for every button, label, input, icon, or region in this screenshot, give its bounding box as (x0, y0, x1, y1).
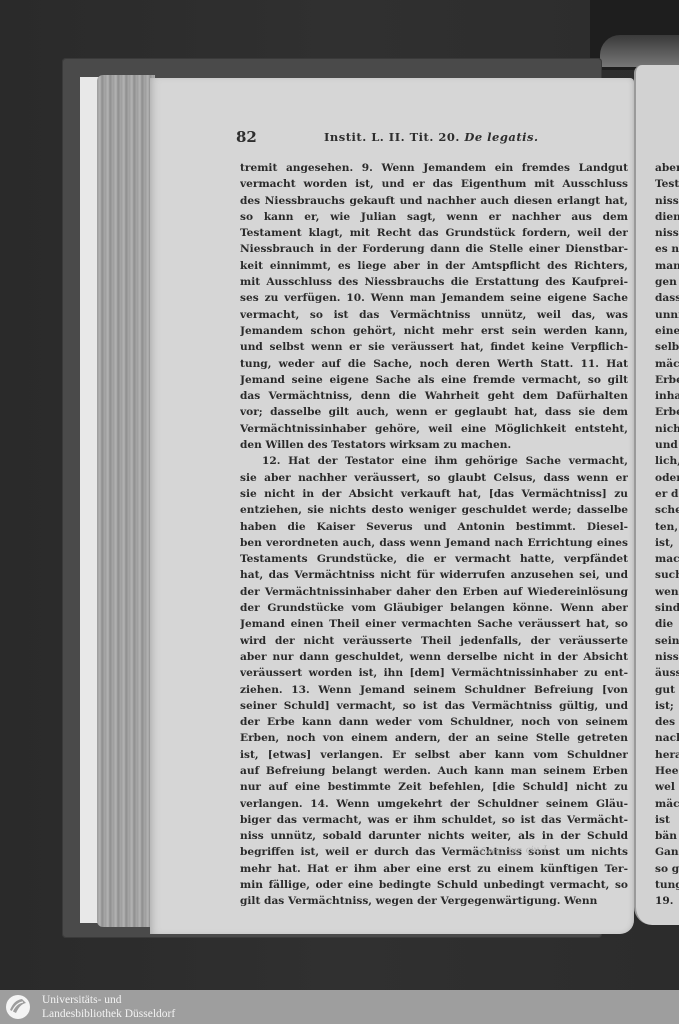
right-page-fragment: sind (655, 600, 679, 616)
right-page-fragment: ten, (655, 519, 679, 535)
text-line: der Vermächtnissinhaber daher den Erben … (240, 584, 628, 600)
right-page-fragment: gut (655, 682, 679, 698)
text-line: ziehen. 13. Wenn Jemand seinem Schuldner… (240, 682, 628, 698)
right-page-fragment: hera (655, 747, 679, 763)
right-page-fragment: so g (655, 861, 679, 877)
text-line: so kann er, wie Julian sagt, wenn er nac… (240, 209, 628, 225)
right-page-fragment: nich (655, 421, 679, 437)
header-title-prefix: Instit. L. II. Tit. 20. (324, 130, 460, 144)
right-page-fragment: gen (655, 274, 679, 290)
library-name: Universitäts- und Landesbibliothek Düsse… (42, 993, 175, 1021)
text-line: ses zu verfügen. 10. Wenn man Jemandem s… (240, 290, 628, 306)
right-page-fragment: äuss (655, 665, 679, 681)
running-head: 82 Instit. L. II. Tit. 20. De legatis. (236, 128, 636, 148)
right-page-fragment: niss (655, 225, 679, 241)
right-page-fragment: man (655, 258, 679, 274)
page-stack-edges (97, 75, 155, 927)
right-page-fragment: oder (655, 470, 679, 486)
text-line: veräussert worden ist, ihn [dem] Vermäch… (240, 665, 628, 681)
right-page-fragment: Testa (655, 176, 679, 192)
text-line: Vermächtnissinhaber gehöre, weil eine Mö… (240, 421, 628, 437)
right-page-fragment: Erbe (655, 372, 679, 388)
right-page-fragment: selbe (655, 339, 679, 355)
text-line: biger das vermacht, was er ihm schuldet,… (240, 812, 628, 828)
text-line: den Willen des Testators wirksam zu mach… (240, 437, 628, 453)
right-page-fragment: und (655, 437, 679, 453)
right-page-curl (600, 35, 679, 67)
text-line: gilt das Vermächtniss, wegen der Vergege… (240, 893, 628, 909)
text-line: min fällige, oder eine bedingte Schuld u… (240, 877, 628, 893)
text-line: Niessbrauch in der Forderung dann die St… (240, 241, 628, 257)
text-line: ist, [etwas] verlangen. Er selbst aber k… (240, 747, 628, 763)
library-logo-icon (4, 994, 32, 1020)
text-line: aber nur dann geschuldet, wenn derselbe … (240, 649, 628, 665)
right-page-fragment: mäc (655, 796, 679, 812)
library-name-line2: Landesbibliothek Düsseldorf (42, 1007, 175, 1021)
library-name-line1: Universitäts- und (42, 993, 175, 1007)
text-line: seiner Schuld] vermacht, so ist das Verm… (240, 698, 628, 714)
text-line: Testament klagt, mit Recht das Grundstüc… (240, 225, 628, 241)
text-line: auf Befreiung belangt werden. Auch kann … (240, 763, 628, 779)
text-line: des Niessbrauchs gekauft und nachher auc… (240, 193, 628, 209)
text-line: vermacht, so ist das Vermächtniss unnütz… (240, 307, 628, 323)
right-page-fragment: lich, (655, 453, 679, 469)
text-line: tung, weder auf die Sache, noch deren We… (240, 356, 628, 372)
text-line: Jemandem schon gehört, nicht mehr erst s… (240, 323, 628, 339)
right-page-fragment: bän (655, 828, 679, 844)
right-page-fragment: ist, (655, 535, 679, 551)
text-line: vermacht worden ist, und er das Eigenthu… (240, 176, 628, 192)
right-page-fragment: tung (655, 877, 679, 893)
right-page-fragment: ist; (655, 698, 679, 714)
text-line: 12. Hat der Testator eine ihm gehörige S… (240, 453, 628, 469)
header-title: Instit. L. II. Tit. 20. De legatis. (324, 130, 538, 144)
right-page-fragment: unni (655, 307, 679, 323)
right-page-fragment: ist (655, 812, 679, 828)
text-line: mit Ausschluss des Niessbrauchs die Erst… (240, 274, 628, 290)
text-line: mehr hat. Hat er ihm aber eine erst zu e… (240, 861, 628, 877)
text-line: tremit angesehen. 9. Wenn Jemandem ein f… (240, 160, 628, 176)
text-line: niss unnütz, sobald darunter nichts weit… (240, 828, 628, 844)
right-page-fragment: sein (655, 633, 679, 649)
text-line: der Erbe kann dann weder vom Schuldner, … (240, 714, 628, 730)
text-line: Jemand seine eigene Sache als eine fremd… (240, 372, 628, 388)
text-line: Testaments Grundstücke, die er vermacht … (240, 551, 628, 567)
right-page-fragment: inha (655, 388, 679, 404)
right-page-fragment: such (655, 567, 679, 583)
text-line: das Vermächtniss, denn die Wahrheit geht… (240, 388, 628, 404)
text-line: verlangen. 14. Wenn umgekehrt der Schuld… (240, 796, 628, 812)
right-page-fragment: eines (655, 323, 679, 339)
library-footer: Universitäts- und Landesbibliothek Düsse… (0, 990, 679, 1024)
text-line: und selbst wenn er sie veräussert hat, f… (240, 339, 628, 355)
text-line: Erben, noch von einem andern, der an sei… (240, 730, 628, 746)
text-line: nur auf eine bestimmte Zeit befehlen, [d… (240, 779, 628, 795)
right-page-fragment: wel (655, 779, 679, 795)
header-title-italic: De legatis. (464, 130, 538, 144)
right-page-fragment: dien (655, 209, 679, 225)
right-page-fragment: nach (655, 730, 679, 746)
right-page-fragment: mäch (655, 356, 679, 372)
right-page-fragment: des (655, 714, 679, 730)
right-page-fragment: die (655, 616, 679, 632)
text-line: begriffen ist, weil er durch das Vermäch… (240, 844, 628, 860)
right-page-fragment: Gan (655, 844, 679, 860)
text-line: Jemand einen Theil einer vermachten Sach… (240, 616, 628, 632)
right-page-fragment: niss (655, 193, 679, 209)
text-line: keit einnimmt, es liege aber in der Amts… (240, 258, 628, 274)
right-page-fragment: niss (655, 649, 679, 665)
right-page-fragment: 19. (655, 893, 679, 909)
right-page-fragment: Erbe (655, 404, 679, 420)
right-page-fragment: wen (655, 584, 679, 600)
text-line: hat, das Vermächtniss nicht für widerruf… (240, 567, 628, 583)
text-line: vor; dasselbe gilt auch, wenn er geglaub… (240, 404, 628, 420)
text-line: entziehen, sie nichts desto weniger gesc… (240, 502, 628, 518)
text-line: der Grundstücke vom Gläubiger belangen k… (240, 600, 628, 616)
text-line: haben die Kaiser Severus und Antonin bes… (240, 519, 628, 535)
text-line: ben verordneten auch, dass wenn Jemand n… (240, 535, 628, 551)
right-page-fragment: mach (655, 551, 679, 567)
right-page-fragment: Hee (655, 763, 679, 779)
page-number: 82 (236, 128, 257, 146)
right-page-fragment: es n (655, 241, 679, 257)
body-text: tremit angesehen. 9. Wenn Jemandem ein f… (240, 160, 628, 910)
text-line: sie nicht in der Absicht verkauft hat, [… (240, 486, 628, 502)
right-page-fragment: aber (655, 160, 679, 176)
right-page-text-fragments: aberTestanissdiennisses nmangendassunnie… (655, 160, 679, 910)
right-page-fragment: dass (655, 290, 679, 306)
text-line: wird der nicht veräusserte Theil jedenfa… (240, 633, 628, 649)
text-line: sie aber nachher veräussert, so glaubt C… (240, 470, 628, 486)
right-page-fragment: sche (655, 502, 679, 518)
right-page-fragment: er d (655, 486, 679, 502)
